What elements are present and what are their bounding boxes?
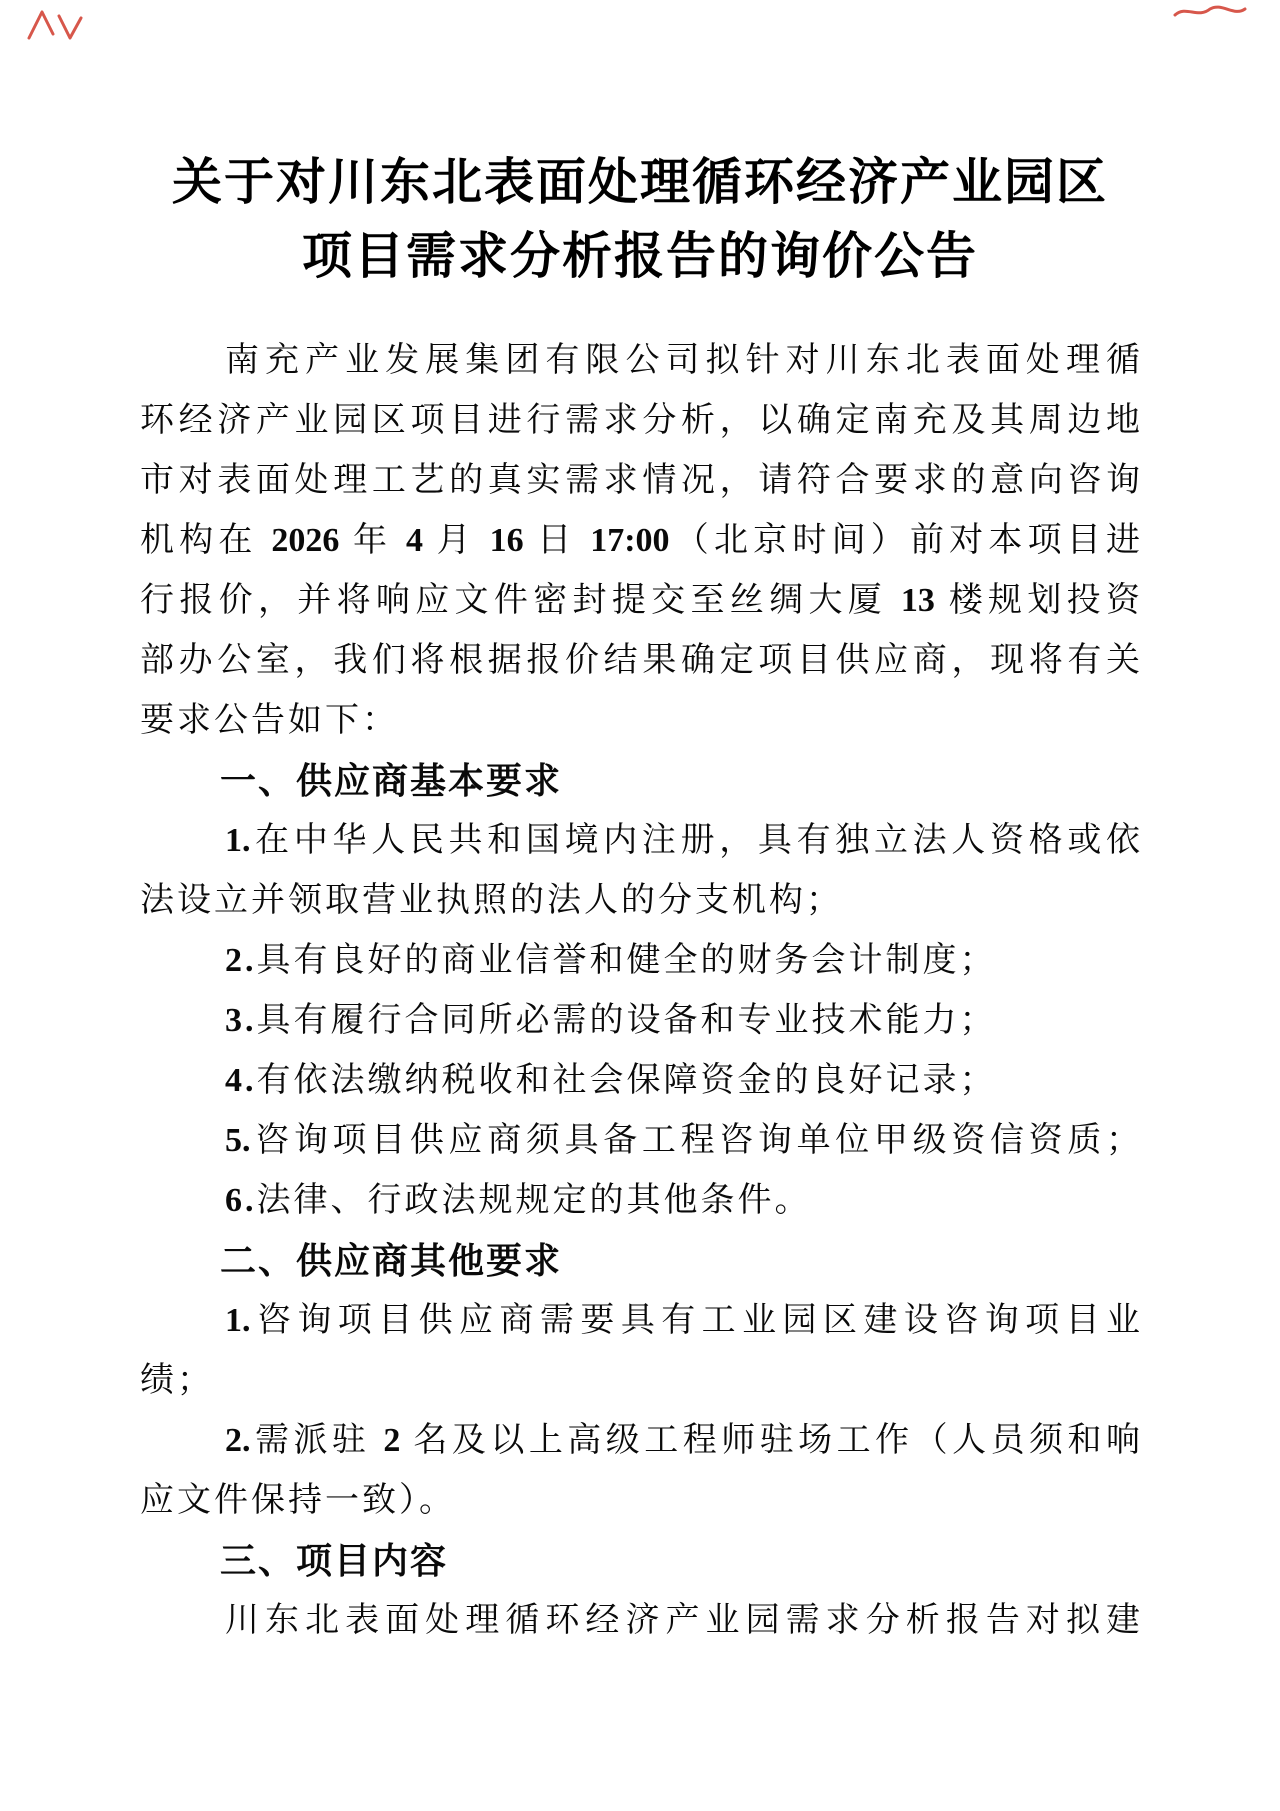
section-heading: 三、项目内容 <box>140 1531 1140 1591</box>
body-line: 6.法律、行政法规规定的其他条件。 <box>140 1171 1140 1231</box>
title-line: 项目需求分析报告的询价公告 <box>140 219 1140 293</box>
section-heading: 二、供应商其他要求 <box>140 1231 1140 1291</box>
red-pen-mark-icon <box>26 6 90 50</box>
body-line: 机构在 2026 年 4 月 16 日 17:00（北京时间）前对本项目进 <box>140 511 1140 571</box>
paragraph: 南充产业发展集团有限公司拟针对川东北表面处理循环经济产业园区项目进行需求分析，以… <box>140 331 1140 751</box>
body-line: 要求公告如下： <box>140 691 1140 751</box>
heading-text: 一、供应商基本要求 <box>140 751 1140 811</box>
paragraph: 2.具有良好的商业信誉和健全的财务会计制度； <box>140 931 1140 991</box>
body-line: 市对表面处理工艺的真实需求情况，请符合要求的意向咨询 <box>140 451 1140 511</box>
body-line: 1.咨询项目供应商需要具有工业园区建设咨询项目业 <box>140 1291 1140 1351</box>
body-line: 2.需派驻 2 名及以上高级工程师驻场工作（人员须和响 <box>140 1411 1140 1471</box>
body-line: 法设立并领取营业执照的法人的分支机构； <box>140 871 1140 931</box>
document-body: 南充产业发展集团有限公司拟针对川东北表面处理循环经济产业园区项目进行需求分析，以… <box>140 331 1140 1651</box>
document-page: 关于对川东北表面处理循环经济产业园区 项目需求分析报告的询价公告 南充产业发展集… <box>0 0 1280 1811</box>
body-line: 1.在中华人民共和国境内注册，具有独立法人资格或依 <box>140 811 1140 871</box>
paragraph: 2.需派驻 2 名及以上高级工程师驻场工作（人员须和响应文件保持一致）。 <box>140 1411 1140 1531</box>
paragraph: 6.法律、行政法规规定的其他条件。 <box>140 1171 1140 1231</box>
body-line: 川东北表面处理循环经济产业园需求分析报告对拟建 <box>140 1591 1140 1651</box>
document-content: 关于对川东北表面处理循环经济产业园区 项目需求分析报告的询价公告 南充产业发展集… <box>140 145 1140 1651</box>
body-line: 应文件保持一致）。 <box>140 1471 1140 1531</box>
title-line: 关于对川东北表面处理循环经济产业园区 <box>140 145 1140 219</box>
paragraph: 1.在中华人民共和国境内注册，具有独立法人资格或依法设立并领取营业执照的法人的分… <box>140 811 1140 931</box>
body-line: 环经济产业园区项目进行需求分析，以确定南充及其周边地 <box>140 391 1140 451</box>
body-line: 3.具有履行合同所必需的设备和专业技术能力； <box>140 991 1140 1051</box>
paragraph: 3.具有履行合同所必需的设备和专业技术能力； <box>140 991 1140 1051</box>
heading-text: 二、供应商其他要求 <box>140 1231 1140 1291</box>
body-line: 行报价，并将响应文件密封提交至丝绸大厦 13 楼规划投资 <box>140 571 1140 631</box>
body-line: 南充产业发展集团有限公司拟针对川东北表面处理循 <box>140 331 1140 391</box>
paragraph: 4.有依法缴纳税收和社会保障资金的良好记录； <box>140 1051 1140 1111</box>
body-line: 4.有依法缴纳税收和社会保障资金的良好记录； <box>140 1051 1140 1111</box>
body-line: 2.具有良好的商业信誉和健全的财务会计制度； <box>140 931 1140 991</box>
body-line: 5.咨询项目供应商须具备工程咨询单位甲级资信资质； <box>140 1111 1140 1171</box>
heading-text: 三、项目内容 <box>140 1531 1140 1591</box>
body-line: 绩； <box>140 1351 1140 1411</box>
paragraph: 川东北表面处理循环经济产业园需求分析报告对拟建 <box>140 1591 1140 1651</box>
red-pen-mark-icon <box>1172 2 1248 24</box>
document-title: 关于对川东北表面处理循环经济产业园区 项目需求分析报告的询价公告 <box>140 145 1140 293</box>
paragraph: 1.咨询项目供应商需要具有工业园区建设咨询项目业绩； <box>140 1291 1140 1411</box>
paragraph: 5.咨询项目供应商须具备工程咨询单位甲级资信资质； <box>140 1111 1140 1171</box>
body-line: 部办公室，我们将根据报价结果确定项目供应商，现将有关 <box>140 631 1140 691</box>
section-heading: 一、供应商基本要求 <box>140 751 1140 811</box>
